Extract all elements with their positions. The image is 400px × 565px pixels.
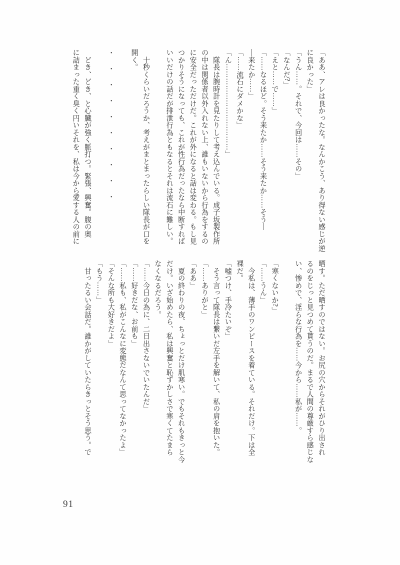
text-column: 「……私も、私がこんなに変態だなんて思ってなかったよ」 <box>116 260 128 454</box>
text-column: 「……好きだな、お前も」 <box>128 260 140 454</box>
text-column: 開く。 <box>128 49 140 246</box>
text-column: 「……うん」 <box>257 260 269 454</box>
book-page: 「ああ、アレは良かったな。なんかこう、あり得ない感じが逆 に良かった」 「うん…… <box>0 0 400 565</box>
text-column: 「うん……。それで、今回は……その」 <box>292 49 304 246</box>
text-column: 「えと……で……」 <box>268 49 280 246</box>
text-column: だけ。いざ始めたら、私は興奮と恥ずかしさで寒くてたまら <box>163 260 175 454</box>
top-text-block: 「ああ、アレは良かったな。なんかこう、あり得ない感じが逆 に良かった」 「うん…… <box>70 49 327 246</box>
blank-column <box>93 49 105 246</box>
blank-column <box>116 49 128 246</box>
text-column: 「寒くないか?」 <box>268 260 280 454</box>
page-number: 91 <box>63 500 74 510</box>
text-column: 「なんだ?」 <box>280 49 292 246</box>
text-column: 裸だ。 <box>233 260 245 454</box>
text-column: 夏の終わりの夜、ちょっとだけ肌寒い。でもそれもきっと今 <box>175 260 187 454</box>
text-column: どき、どき、と心臓が強く脈打つ。緊張、興奮。腹の奥 <box>81 49 93 246</box>
text-column: ―来たか……」 <box>245 49 257 246</box>
text-column: 甘ったるい会話だ。誰かがしていたらきっとそう思う。で <box>81 260 93 454</box>
text-column: 「……ありがと」 <box>198 260 210 454</box>
text-column: 「もう……」 <box>93 260 105 454</box>
text-column: の中は関係者以外入れない上、誰もいないから行為をするの <box>198 49 210 246</box>
silence-dots-line: ・ ・ ・ ・ ・ ・ ・ ・ ・ ・ <box>105 49 117 246</box>
text-column: に詰まった重く臭く円いそれを、私は今から愛する人の前に <box>70 49 82 246</box>
text-column: いいだけの話だが排泄行為ともなるとそれは流石に難しい。 <box>163 49 175 246</box>
text-column: 「ああ」 <box>187 260 199 454</box>
text-column: なくなるだろう。 <box>151 260 163 454</box>
text-column: つかりそうになっても、これが性行為だったなら中断すれば <box>175 49 187 246</box>
text-column: 「そんな所も大好きだよ」 <box>105 260 117 454</box>
blank-column <box>151 49 163 246</box>
text-column: に安全だっただけだ。これが外になると話は変わる。もし見 <box>187 49 199 246</box>
text-column: 「ああ、アレは良かったな。なんかこう、あり得ない感じが逆 <box>315 49 327 246</box>
text-column: そう言って隊長は繋いだ左手を解いて、私の肩を抱いた。 <box>210 260 222 454</box>
blank-column <box>280 260 292 454</box>
text-column: 十秒くらいだろうか、考えがまとまったらしい隊長が口を <box>140 49 152 246</box>
text-column: 「……なるほど。そう来たか……そう来たか……そう― <box>257 49 269 246</box>
text-column: 「……流石にダメかな」 <box>233 49 245 246</box>
text-column: に良かった」 <box>304 49 316 246</box>
text-column: 「……今日の為に、二日出さないでいたんだ」 <box>140 260 152 454</box>
bottom-text-block: 晒す。ただ晒すのではない。お尻の穴からそれがひり出され るのをじっと見つめて貰う… <box>81 260 327 454</box>
text-column: 「嘘つけ、手冷たいぞ」 <box>222 260 234 454</box>
text-column: 今私は、薄手のワンピースを着ている。それだけ。下は全 <box>245 260 257 454</box>
text-column: 晒す。ただ晒すのではない。お尻の穴からそれがひり出され <box>315 260 327 454</box>
text-column: 「ん………………………………」 <box>222 49 234 246</box>
text-column: るのをじっと見つめて貰うのだ。まるで人間の尊厳すら感じな <box>304 260 316 454</box>
text-column: い、惨めで、淫らな行為を……今から……私が……。 <box>292 260 304 454</box>
text-column: 隊長は腕時計を見たりして考え込んでいる。成子坂製作所 <box>210 49 222 246</box>
